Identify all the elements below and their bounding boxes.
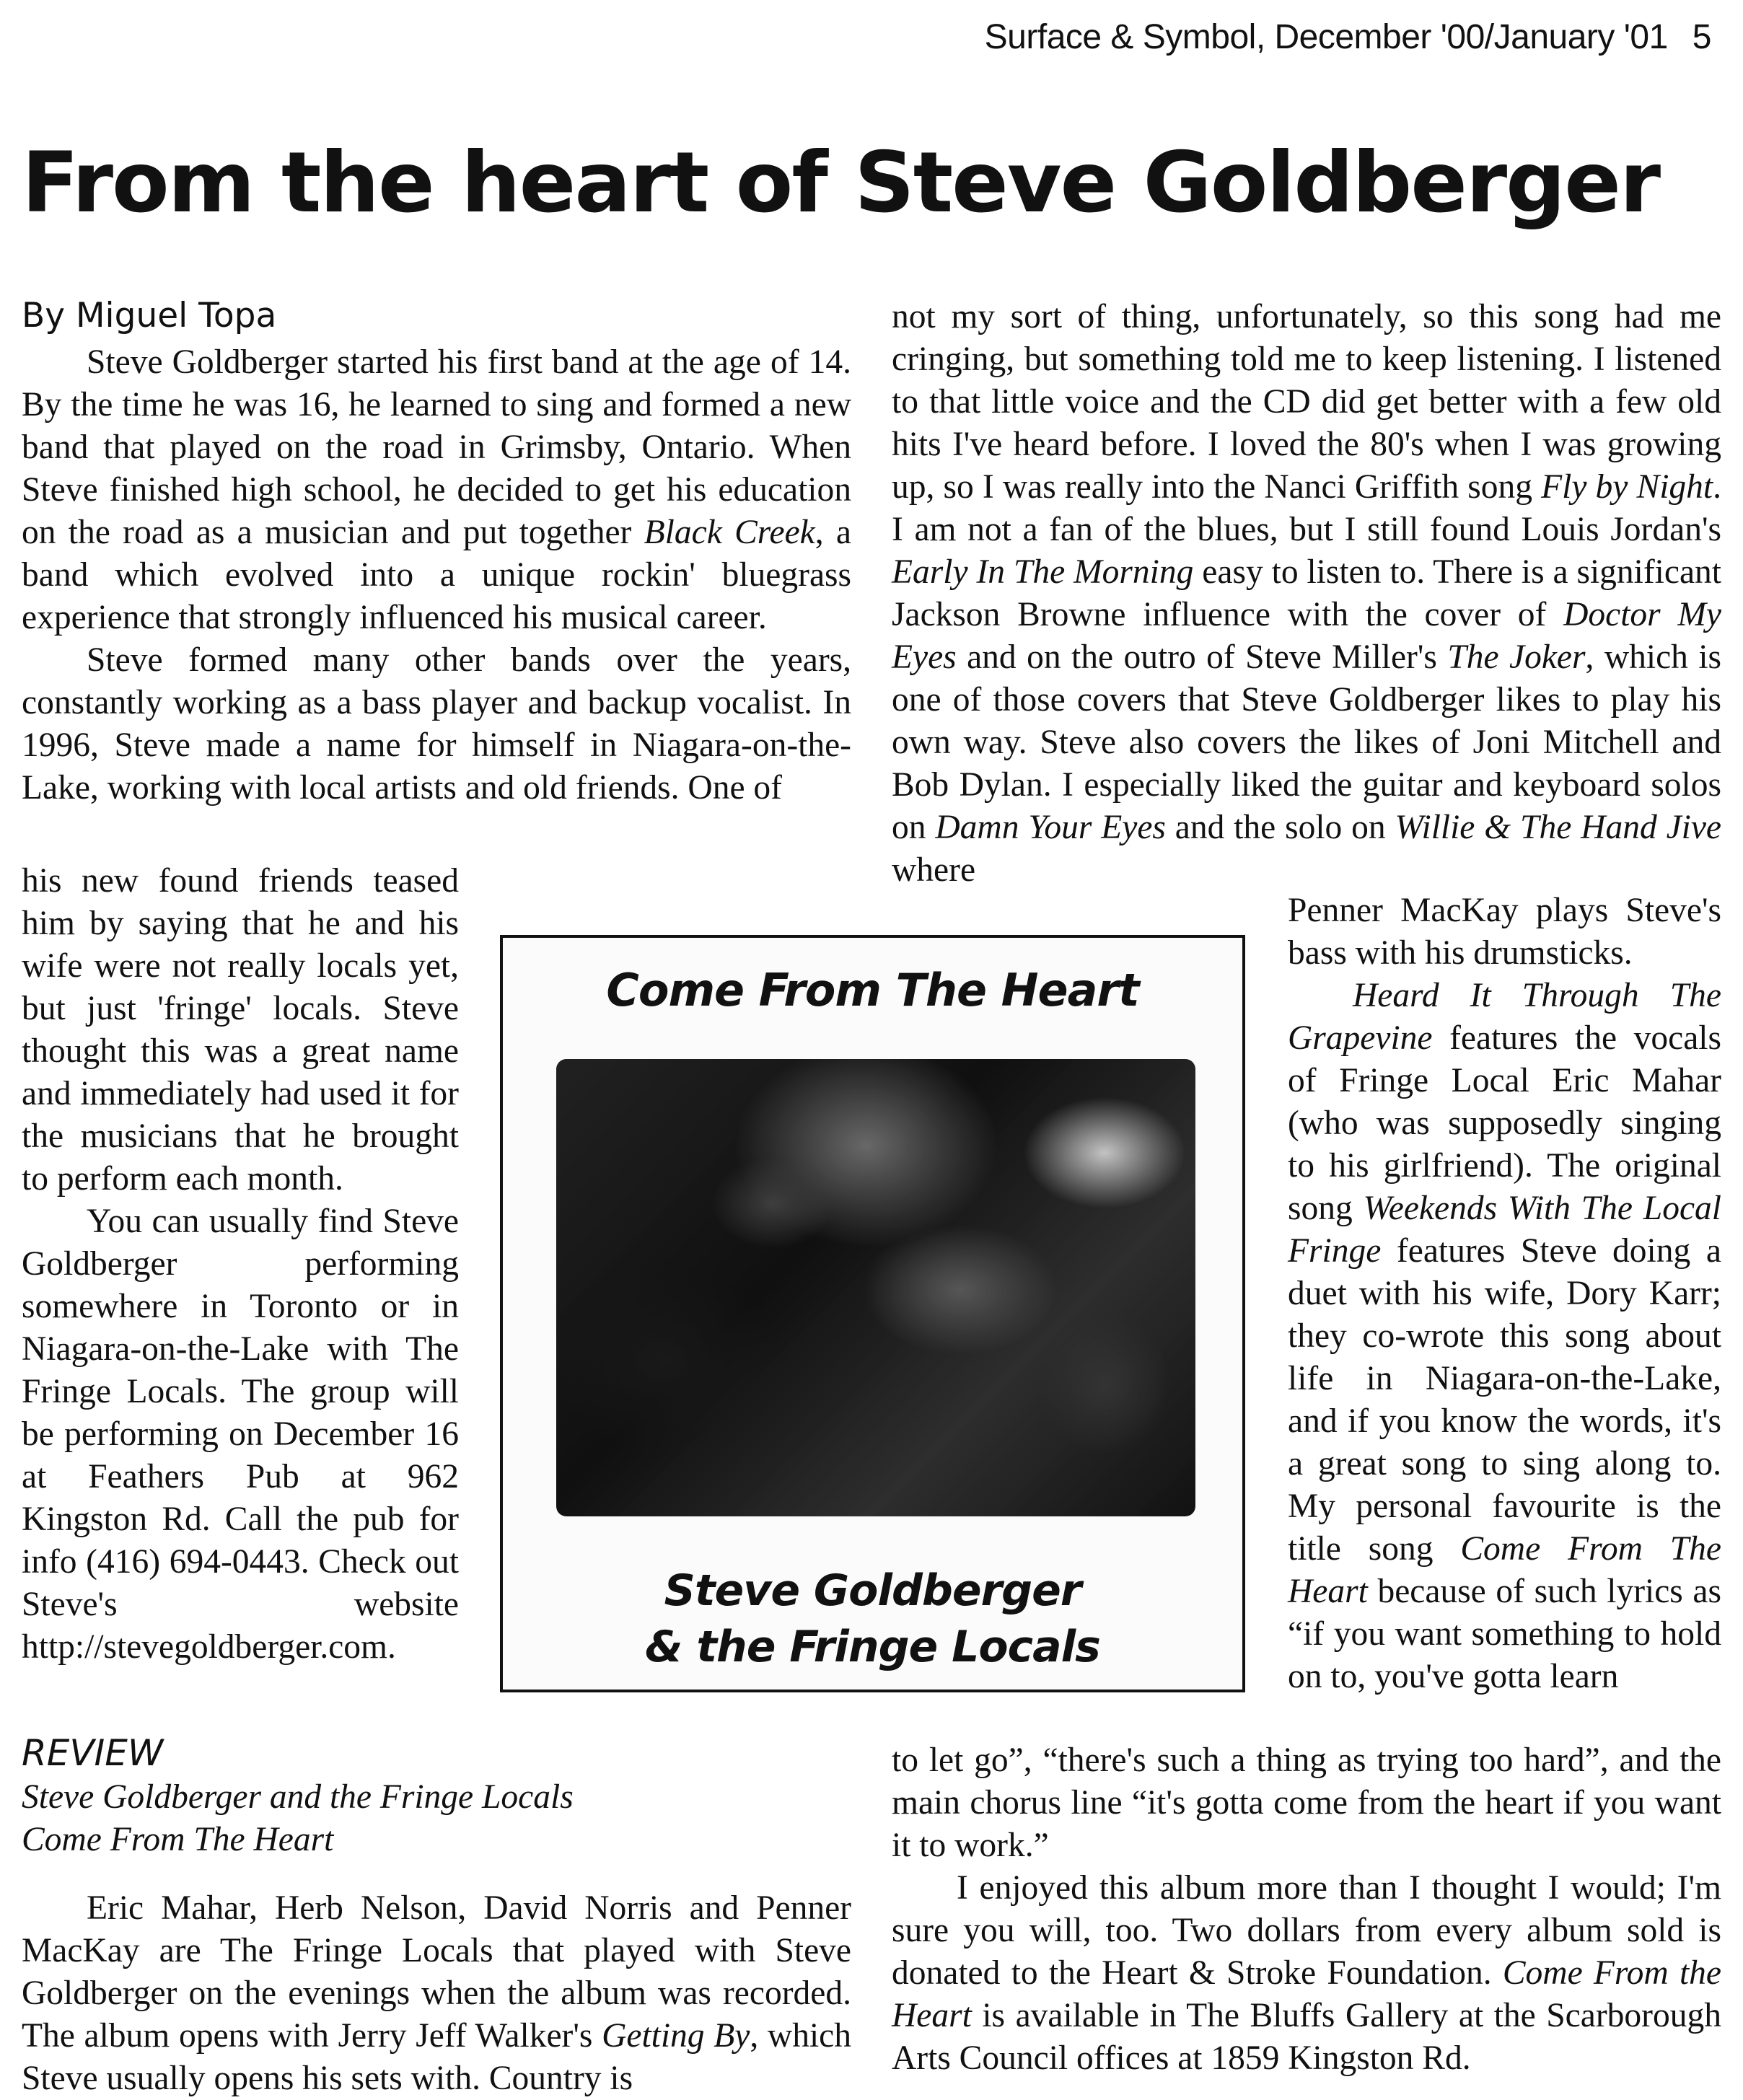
intro-paragraph-1: Steve Goldberger started his first band … bbox=[22, 341, 851, 639]
review-column-wide: not my sort of thing, unfortunately, so … bbox=[892, 296, 1721, 892]
page-header: Surface & Symbol, December '00/January '… bbox=[985, 17, 1711, 57]
intro-paragraph-2: Steve formed many other bands over the y… bbox=[22, 639, 851, 809]
intro-paragraph-3: You can usually find Steve Goldberger pe… bbox=[22, 1200, 459, 1669]
review-body-left: Eric Mahar, Herb Nelson, David Norris an… bbox=[22, 1887, 851, 2100]
album-cover-photo bbox=[556, 1059, 1195, 1516]
review-album-title: Come From The Heart bbox=[22, 1819, 851, 1861]
review-paragraph-2-continued: to let go”, “there's such a thing as try… bbox=[892, 1739, 1721, 1867]
review-column-bottom: to let go”, “there's such a thing as try… bbox=[892, 1739, 1721, 2080]
review-paragraph-1-continued: not my sort of thing, unfortunately, so … bbox=[892, 296, 1721, 892]
album-artist-line-2: & the Fringe Locals bbox=[503, 1619, 1242, 1675]
album-cover-artist: Steve Goldberger & the Fringe Locals bbox=[503, 1563, 1242, 1675]
intro-column-wide: Steve Goldberger started his first band … bbox=[22, 341, 851, 809]
intro-column-narrow: his new found friends teased him by sayi… bbox=[22, 860, 459, 1669]
byline: By Miguel Topa bbox=[22, 296, 276, 335]
album-cover-image: Come From The Heart Steve Goldberger & t… bbox=[500, 935, 1245, 1692]
review-paragraph-2: Heard It Through The Grapevine features … bbox=[1288, 975, 1721, 1698]
review-paragraph-3: I enjoyed this album more than I thought… bbox=[892, 1867, 1721, 2080]
review-column-narrow: Penner MacKay plays Steve's bass with hi… bbox=[1288, 889, 1721, 1698]
review-paragraph-1-end: Penner MacKay plays Steve's bass with hi… bbox=[1288, 889, 1721, 975]
article-headline: From the heart of Steve Goldberger bbox=[22, 141, 1659, 225]
publication-info: Surface & Symbol, December '00/January '… bbox=[985, 18, 1668, 56]
album-cover-title: Come From The Heart bbox=[503, 964, 1242, 1016]
review-artist: Steve Goldberger and the Fringe Locals bbox=[22, 1776, 851, 1819]
page-number: 5 bbox=[1692, 18, 1711, 56]
review-paragraph-1: Eric Mahar, Herb Nelson, David Norris an… bbox=[22, 1887, 851, 2100]
intro-paragraph-2-continued: his new found friends teased him by sayi… bbox=[22, 860, 459, 1200]
album-artist-line-1: Steve Goldberger bbox=[503, 1563, 1242, 1619]
review-label: REVIEW bbox=[22, 1730, 851, 1776]
review-section: REVIEW Steve Goldberger and the Fringe L… bbox=[22, 1730, 851, 2100]
